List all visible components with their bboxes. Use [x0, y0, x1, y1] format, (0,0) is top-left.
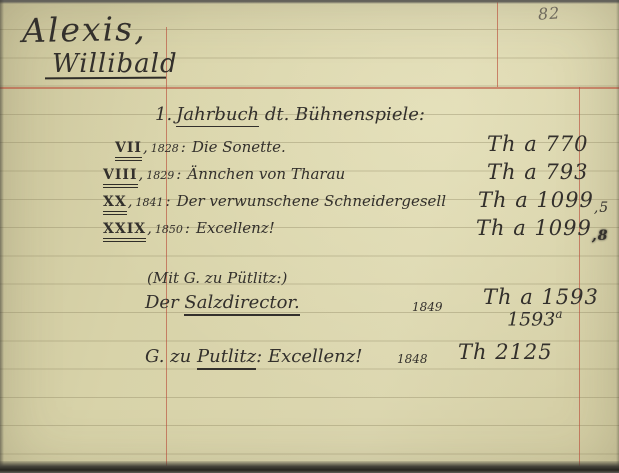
separator: , — [128, 192, 133, 210]
red-header-divider-rule — [497, 2, 498, 87]
work-title-underlined: Salzdirector. — [184, 292, 299, 316]
separator: : — [185, 219, 190, 237]
shelfmark-subnumber: ,5 — [594, 200, 609, 216]
red-horizontal-rule — [0, 87, 619, 89]
shelfmark-3: Th a 1099,5 — [478, 189, 609, 212]
page-number: 82 — [537, 4, 561, 23]
scan-edge-bottom — [0, 461, 619, 473]
separator: , — [139, 165, 144, 183]
volume-numeral: XX — [103, 195, 127, 215]
separator: : — [176, 165, 181, 183]
entry-year: 1828 — [151, 142, 179, 155]
entry-year: 1841 — [136, 196, 164, 209]
entry-title: Die Sonette. — [192, 138, 286, 156]
volume-numeral: VIII — [103, 168, 138, 188]
shelfmark-text: Th a 793 — [487, 160, 589, 184]
cross-reference-line: G. zu Putlitz: Excellenz! — [145, 347, 362, 367]
section-numeral: 1. — [155, 104, 172, 125]
shelfmark-1: Th a 770 — [487, 133, 589, 156]
entry-title: Ännchen von Tharau — [187, 165, 345, 183]
shelfmark-salzdirector: Th a 1593 — [483, 286, 599, 309]
shelfmark-salzdirector-variant: 1593a — [507, 308, 563, 330]
work-title-line: Der Salzdirector. — [145, 293, 300, 313]
shelfmark-crossref: Th 2125 — [458, 341, 553, 364]
section-title: 1.Jahrbuch dt. Bühnenspiele: — [155, 105, 425, 125]
ruled-lines — [0, 29, 619, 466]
separator: : — [166, 192, 171, 210]
shelfmark-text: 1593 — [507, 308, 555, 330]
work-article: Der — [145, 292, 184, 313]
crossref-prefix: G. zu — [145, 346, 197, 367]
shelfmark-2: Th a 793 — [487, 161, 589, 184]
volume-numeral: VII — [115, 141, 142, 161]
catalog-entry-1: VII,1828:Die Sonette. — [115, 139, 286, 161]
shelfmark-text: Th a 770 — [487, 132, 589, 156]
author-forename: Willibald — [52, 50, 178, 79]
shelfmark-4: Th a 1099,8 — [476, 217, 608, 240]
catalog-entry-2: VIII,1829:Ännchen von Tharau — [103, 166, 345, 188]
shelfmark-text: Th a 1099 — [476, 216, 592, 240]
entry-year: 1829 — [146, 169, 174, 182]
section-title-rest: dt. Bühnenspiele: — [259, 104, 425, 125]
entry-title: Der verwunschene Schneidergesell — [177, 192, 446, 210]
crossref-name-underlined: Putlitz — [197, 346, 256, 370]
author-surname: Alexis, — [22, 11, 147, 49]
crossref-title: : Excellenz! — [256, 346, 362, 367]
scan-edge-left — [0, 0, 4, 473]
separator: , — [147, 219, 152, 237]
volume-numeral: XXIX — [103, 222, 146, 242]
catalog-page: Alexis, Willibald 82 1.Jahrbuch dt. Bühn… — [0, 0, 619, 473]
work-year: 1849 — [412, 301, 443, 314]
coauthor-note: (Mit G. zu Pütlitz:) — [147, 270, 287, 287]
catalog-entry-4: XXIX,1850:Excellenz! — [103, 220, 275, 242]
entry-title: Excellenz! — [196, 219, 275, 237]
shelfmark-text: Th a 1099 — [478, 188, 594, 212]
scan-edge-top — [0, 0, 619, 4]
separator: : — [181, 138, 186, 156]
entry-year: 1850 — [155, 223, 183, 236]
separator: , — [143, 138, 148, 156]
shelfmark-subnumber-inkblot: ,8 — [592, 228, 609, 244]
red-left-margin-rule — [166, 27, 167, 466]
section-title-underlined: Jahrbuch — [176, 104, 259, 127]
crossref-year: 1848 — [397, 353, 428, 366]
shelfmark-superscript: a — [555, 307, 562, 321]
catalog-entry-3: XX,1841:Der verwunschene Schneidergesell — [103, 193, 446, 215]
